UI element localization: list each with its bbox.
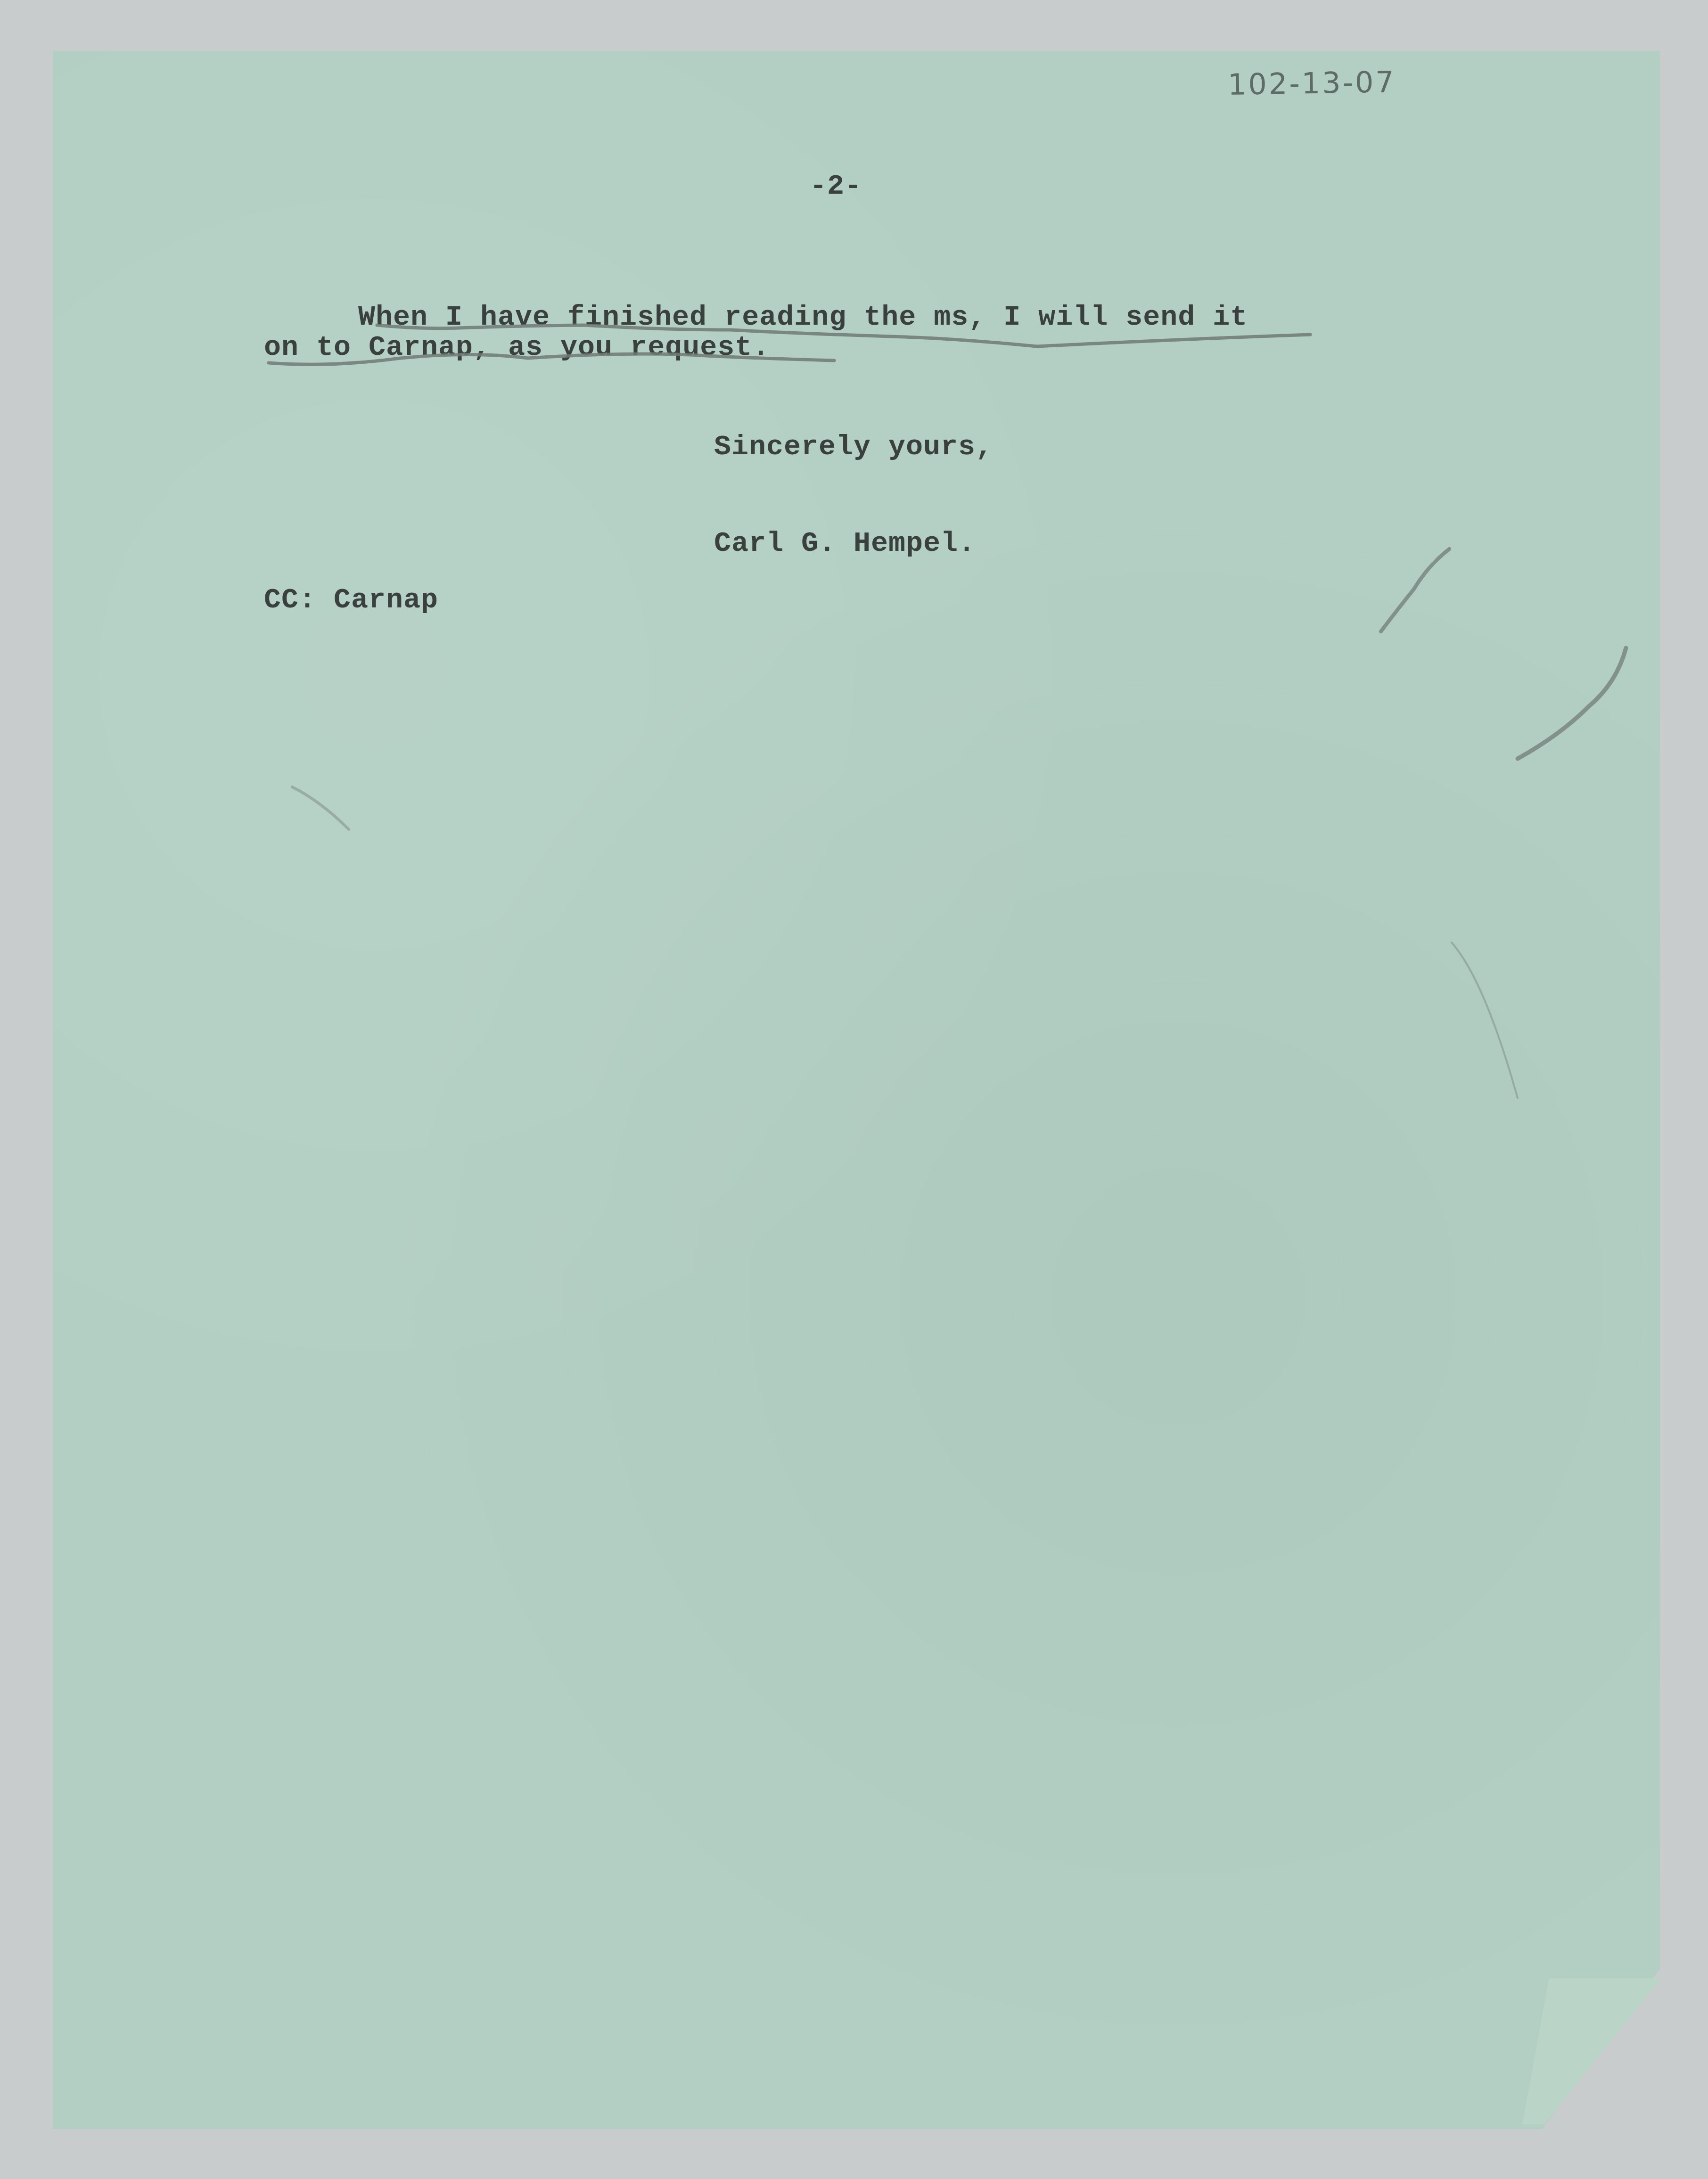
cc-line: CC: Carnap (264, 584, 438, 616)
page-number: -2- (810, 171, 862, 203)
archive-number: 102-13-07 (1227, 65, 1396, 102)
signature: Carl G. Hempel. (714, 528, 976, 560)
body-line-1: When I have finished reading the ms, I w… (358, 302, 1248, 334)
closing: Sincerely yours, (714, 431, 993, 463)
body-line-2: on to Carnap, as you request. (264, 332, 770, 364)
